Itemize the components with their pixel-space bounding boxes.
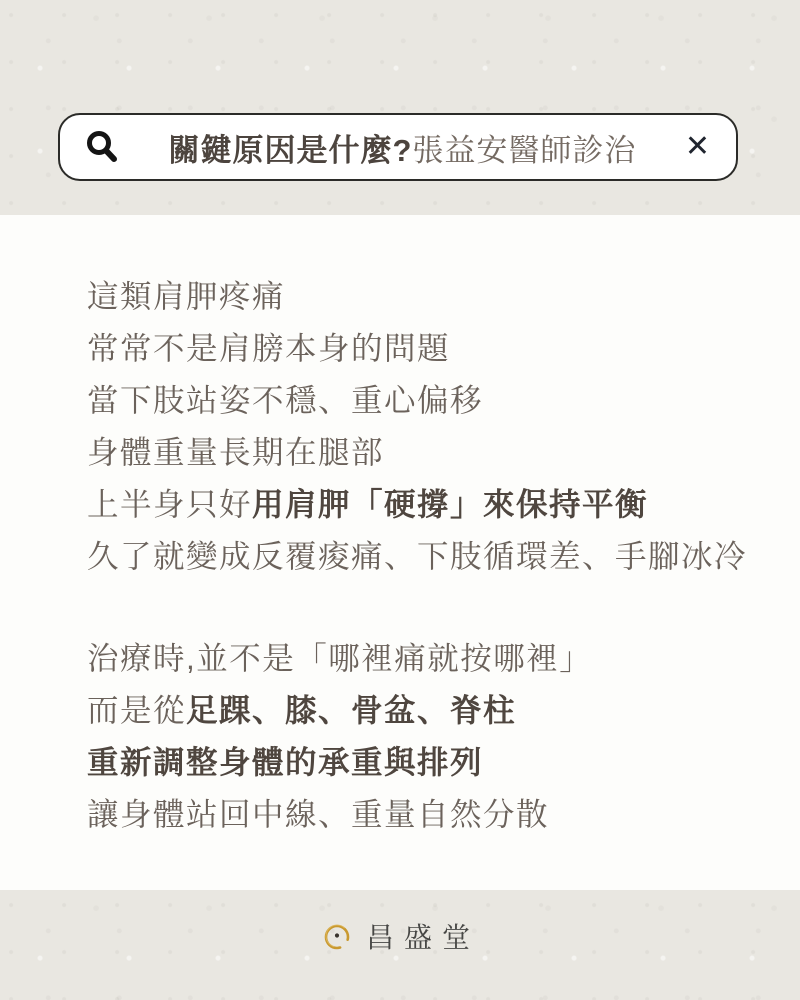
text-line: 常常不是肩膀本身的問題 bbox=[87, 322, 727, 374]
brand-name: 昌盛堂 bbox=[364, 916, 480, 956]
paragraph: 這類肩胛疼痛常常不是肩膀本身的問題當下肢站姿不穩、重心偏移身體重量長期在腿部上半… bbox=[87, 270, 727, 582]
brand-logo-icon bbox=[320, 919, 354, 953]
text-line: 當下肢站姿不穩、重心偏移 bbox=[87, 374, 727, 426]
search-bar[interactable]: 關鍵原因是什麼?張益安醫師診治 ✕ bbox=[58, 113, 738, 181]
close-icon[interactable]: ✕ bbox=[685, 132, 710, 162]
text-line: 而是從足踝、膝、骨盆、脊柱 bbox=[87, 684, 727, 736]
top-band bbox=[0, 0, 800, 215]
search-query[interactable]: 關鍵原因是什麼?張益安醫師診治 bbox=[120, 125, 685, 170]
search-query-bold: 關鍵原因是什麼? bbox=[168, 133, 412, 168]
text-line: 讓身體站回中線、重量自然分散 bbox=[87, 788, 727, 840]
paragraph: 治療時,並不是「哪裡痛就按哪裡」而是從足踝、膝、骨盆、脊柱重新調整身體的承重與排… bbox=[87, 632, 727, 840]
text-line: 上半身只好用肩胛「硬撐」來保持平衡 bbox=[87, 478, 727, 530]
brand-footer: 昌盛堂 bbox=[0, 908, 800, 964]
text-line: 久了就變成反覆痠痛、下肢循環差、手腳冰冷 bbox=[87, 530, 727, 582]
search-query-regular: 張益安醫師診治 bbox=[412, 133, 636, 168]
text-line: 治療時,並不是「哪裡痛就按哪裡」 bbox=[87, 632, 727, 684]
text-line: 身體重量長期在腿部 bbox=[87, 426, 727, 478]
text-line: 這類肩胛疼痛 bbox=[87, 270, 727, 322]
search-icon bbox=[84, 129, 120, 165]
content-paragraphs: 這類肩胛疼痛常常不是肩膀本身的問題當下肢站姿不穩、重心偏移身體重量長期在腿部上半… bbox=[87, 270, 727, 840]
text-line: 重新調整身體的承重與排列 bbox=[87, 736, 727, 788]
post-canvas: 關鍵原因是什麼?張益安醫師診治 ✕ 這類肩胛疼痛常常不是肩膀本身的問題當下肢站姿… bbox=[0, 0, 800, 1000]
